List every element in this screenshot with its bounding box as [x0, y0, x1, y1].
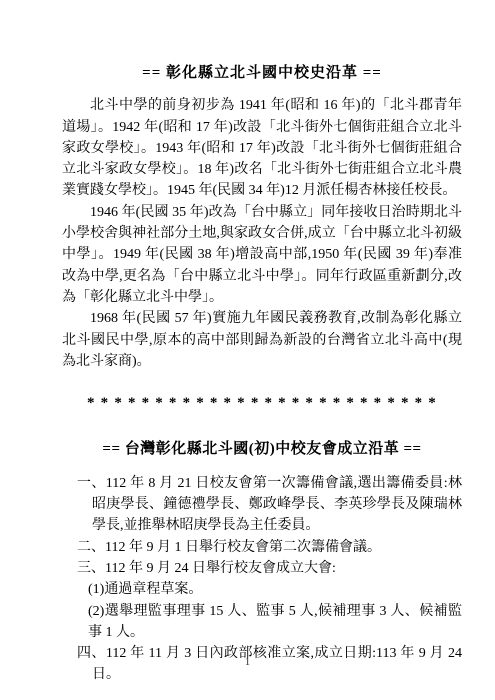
alumni-association-title: == 台灣彰化縣北斗國(初)中校友會成立沿革 == — [62, 439, 462, 460]
list-subitem-2: (2)選舉理監事理事 15 人、監事 5 人,候補理事 3 人、候補監事 1 人… — [62, 601, 462, 644]
history-paragraph-3: 1968 年(民國 57 年)實施九年國民義務教育,改制為彰化縣立北斗國民中學,… — [62, 308, 462, 372]
school-history-title: == 彰化縣立北斗國中校史沿革 == — [62, 63, 462, 84]
asterisk-divider: * * * * * * * * * * * * * * * * * * * * … — [62, 393, 462, 414]
page-number: 1 — [0, 656, 495, 668]
alumni-history-list: 一、112 年 8 月 21 日校友會第一次籌備會議,選出籌備委員:林昭庚學長、… — [62, 473, 462, 686]
history-paragraph-1: 北斗中學的前身初步為 1941 年(昭和 16 年)的「北斗郡青年道場」。194… — [62, 95, 462, 201]
document-page: == 彰化縣立北斗國中校史沿革 == 北斗中學的前身初步為 1941 年(昭和 … — [0, 0, 495, 700]
document-body: == 彰化縣立北斗國中校史沿革 == 北斗中學的前身初步為 1941 年(昭和 … — [62, 63, 462, 686]
list-item-1: 一、112 年 8 月 21 日校友會第一次籌備會議,選出籌備委員:林昭庚學長、… — [62, 473, 462, 537]
list-item-2: 二、112 年 9 月 1 日舉行校友會第二次籌備會議。 — [62, 537, 462, 558]
list-item-3: 三、112 年 9 月 24 日舉行校友會成立大會: — [62, 558, 462, 579]
history-paragraph-2: 1946 年(民國 35 年)改為「台中縣立」同年接收日治時期北斗小學校舍與神社… — [62, 202, 462, 308]
list-subitem-1: (1)通過章程草案。 — [62, 579, 462, 600]
